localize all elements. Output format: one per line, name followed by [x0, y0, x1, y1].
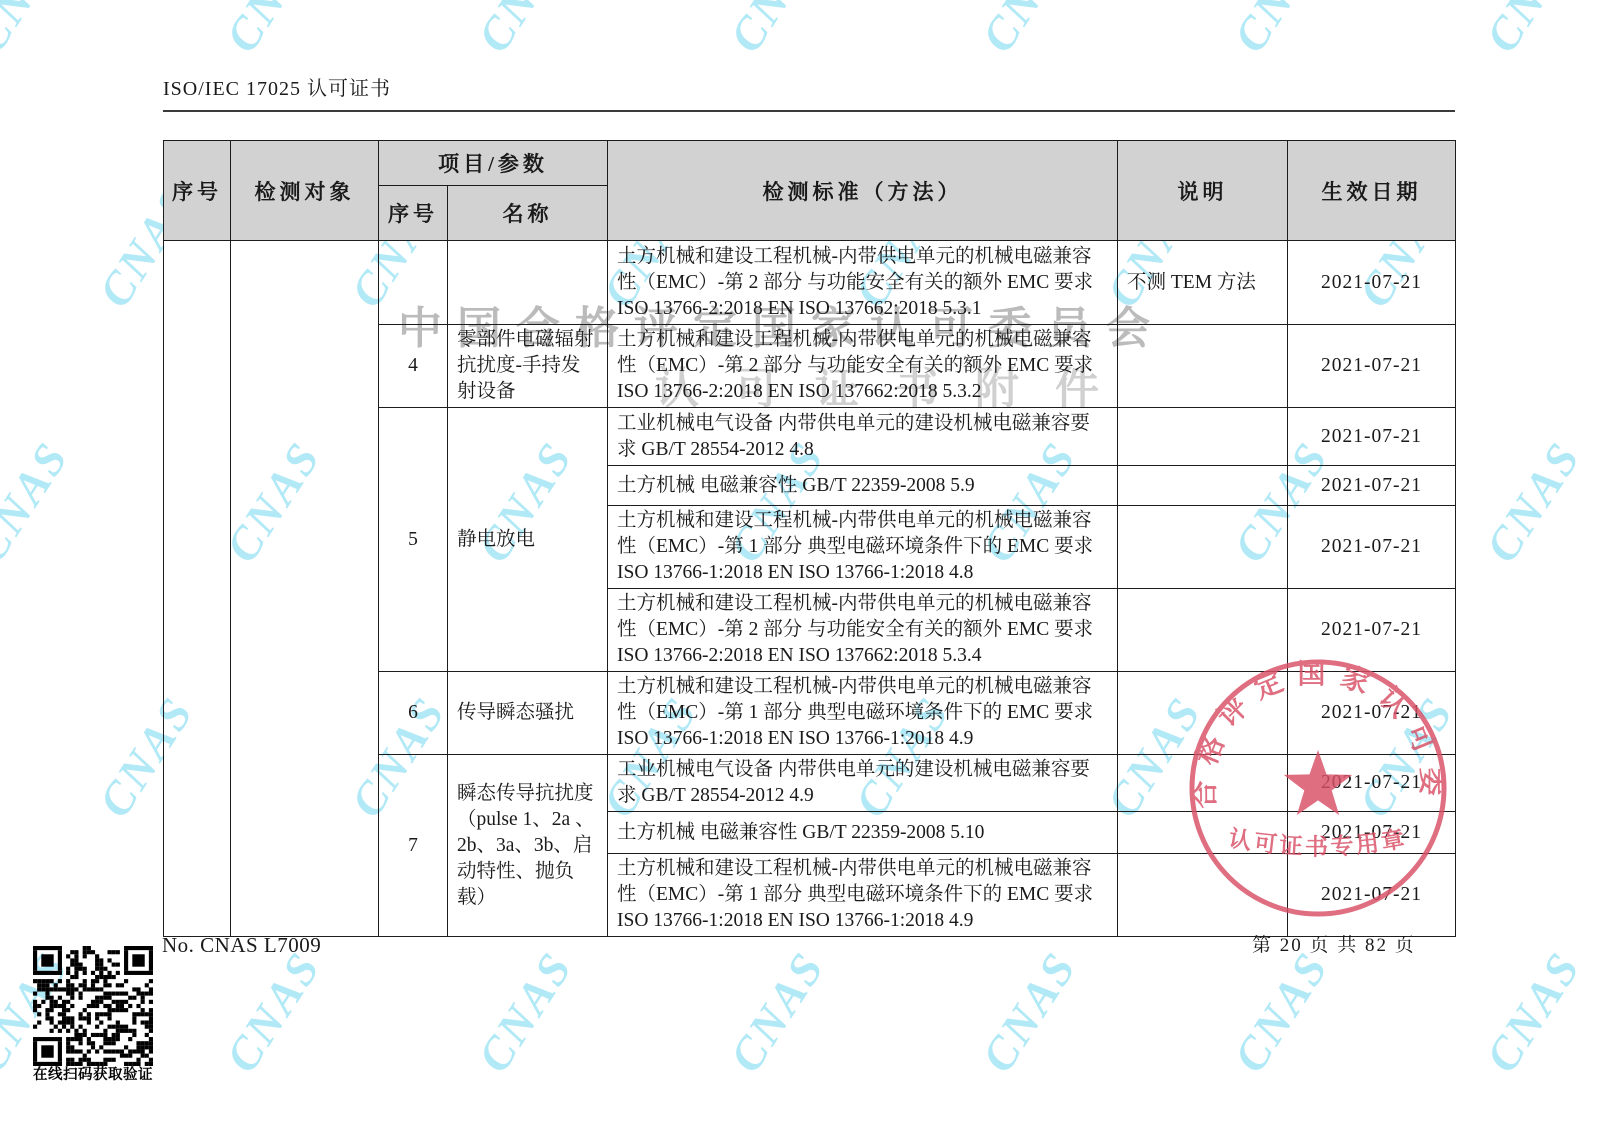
note-cell: [1118, 854, 1288, 937]
test-object-cell: [231, 241, 379, 937]
standard-cell: 土方机械和建设工程机械-内带供电单元的机械电磁兼容性（EMC）-第 2 部分 与…: [608, 325, 1118, 408]
item-no-cell: 5: [379, 408, 448, 672]
item-name-cell: 传导瞬态骚扰: [448, 672, 608, 755]
note-cell: [1118, 506, 1288, 589]
date-cell: 2021-07-21: [1288, 506, 1456, 589]
note-cell: [1118, 325, 1288, 408]
standard-cell: 土方机械和建设工程机械-内带供电单元的机械电磁兼容性（EMC）-第 2 部分 与…: [608, 241, 1118, 325]
item-name-cell: [448, 241, 608, 325]
note-cell: [1118, 812, 1288, 854]
date-cell: 2021-07-21: [1288, 672, 1456, 755]
standard-cell: 土方机械 电磁兼容性 GB/T 22359-2008 5.9: [608, 466, 1118, 506]
standard-cell: 土方机械 电磁兼容性 GB/T 22359-2008 5.10: [608, 812, 1118, 854]
col-header-date: 生效日期: [1288, 141, 1456, 241]
col-header-note: 说明: [1118, 141, 1288, 241]
standard-cell: 土方机械和建设工程机械-内带供电单元的机械电磁兼容性（EMC）-第 1 部分 典…: [608, 854, 1118, 937]
date-cell: 2021-07-21: [1288, 589, 1456, 672]
standard-cell: 土方机械和建设工程机械-内带供电单元的机械电磁兼容性（EMC）-第 1 部分 典…: [608, 672, 1118, 755]
standard-cell: 工业机械电气设备 内带供电单元的建设机械电磁兼容要求 GB/T 28554-20…: [608, 755, 1118, 812]
col-header-serial: 序号: [164, 141, 231, 241]
note-cell: [1118, 466, 1288, 506]
note-cell: 不测 TEM 方法: [1118, 241, 1288, 325]
note-cell: [1118, 672, 1288, 755]
date-cell: 2021-07-21: [1288, 812, 1456, 854]
date-cell: 2021-07-21: [1288, 854, 1456, 937]
table-row: 土方机械和建设工程机械-内带供电单元的机械电磁兼容性（EMC）-第 2 部分 与…: [164, 241, 1456, 325]
note-cell: [1118, 589, 1288, 672]
note-cell: [1118, 408, 1288, 466]
page-title: ISO/IEC 17025 认可证书: [163, 72, 391, 101]
date-cell: 2021-07-21: [1288, 241, 1456, 325]
item-no-cell: 7: [379, 755, 448, 937]
col-header-param-group: 项目/参数: [379, 141, 608, 186]
item-name-cell: 瞬态传导抗扰度 （pulse 1、2a 、2b、3a、3b、启动特性、抛负载）: [448, 755, 608, 937]
item-no-cell: 4: [379, 325, 448, 408]
standard-cell: 土方机械和建设工程机械-内带供电单元的机械电磁兼容性（EMC）-第 1 部分 典…: [608, 506, 1118, 589]
accreditation-scope-table: 序号 检测对象 项目/参数 检测标准（方法） 说明 生效日期 序号 名称 土方机…: [163, 140, 1456, 937]
col-header-standard: 检测标准（方法）: [608, 141, 1118, 241]
footer-cert-no: No. CNAS L7009: [162, 933, 321, 958]
date-cell: 2021-07-21: [1288, 408, 1456, 466]
header-rule: [163, 110, 1455, 112]
note-cell: [1118, 755, 1288, 812]
qr-code: [33, 946, 153, 1071]
serial-cell: [164, 241, 231, 937]
item-name-cell: 静电放电: [448, 408, 608, 672]
certificate-page: ISO/IEC 17025 认可证书 序号 检测对象 项目/参数 检测标准（方法…: [0, 0, 1600, 1131]
item-name-cell: 零部件电磁辐射抗扰度-手持发射设备: [448, 325, 608, 408]
footer-page-number: 第 20 页 共 82 页: [1252, 930, 1416, 957]
col-header-param-no: 序号: [379, 186, 448, 241]
standard-cell: 工业机械电气设备 内带供电单元的建设机械电磁兼容要求 GB/T 28554-20…: [608, 408, 1118, 466]
date-cell: 2021-07-21: [1288, 466, 1456, 506]
date-cell: 2021-07-21: [1288, 755, 1456, 812]
date-cell: 2021-07-21: [1288, 325, 1456, 408]
col-header-test-object: 检测对象: [231, 141, 379, 241]
item-no-cell: [379, 241, 448, 325]
item-no-cell: 6: [379, 672, 448, 755]
col-header-param-name: 名称: [448, 186, 608, 241]
standard-cell: 土方机械和建设工程机械-内带供电单元的机械电磁兼容性（EMC）-第 2 部分 与…: [608, 589, 1118, 672]
